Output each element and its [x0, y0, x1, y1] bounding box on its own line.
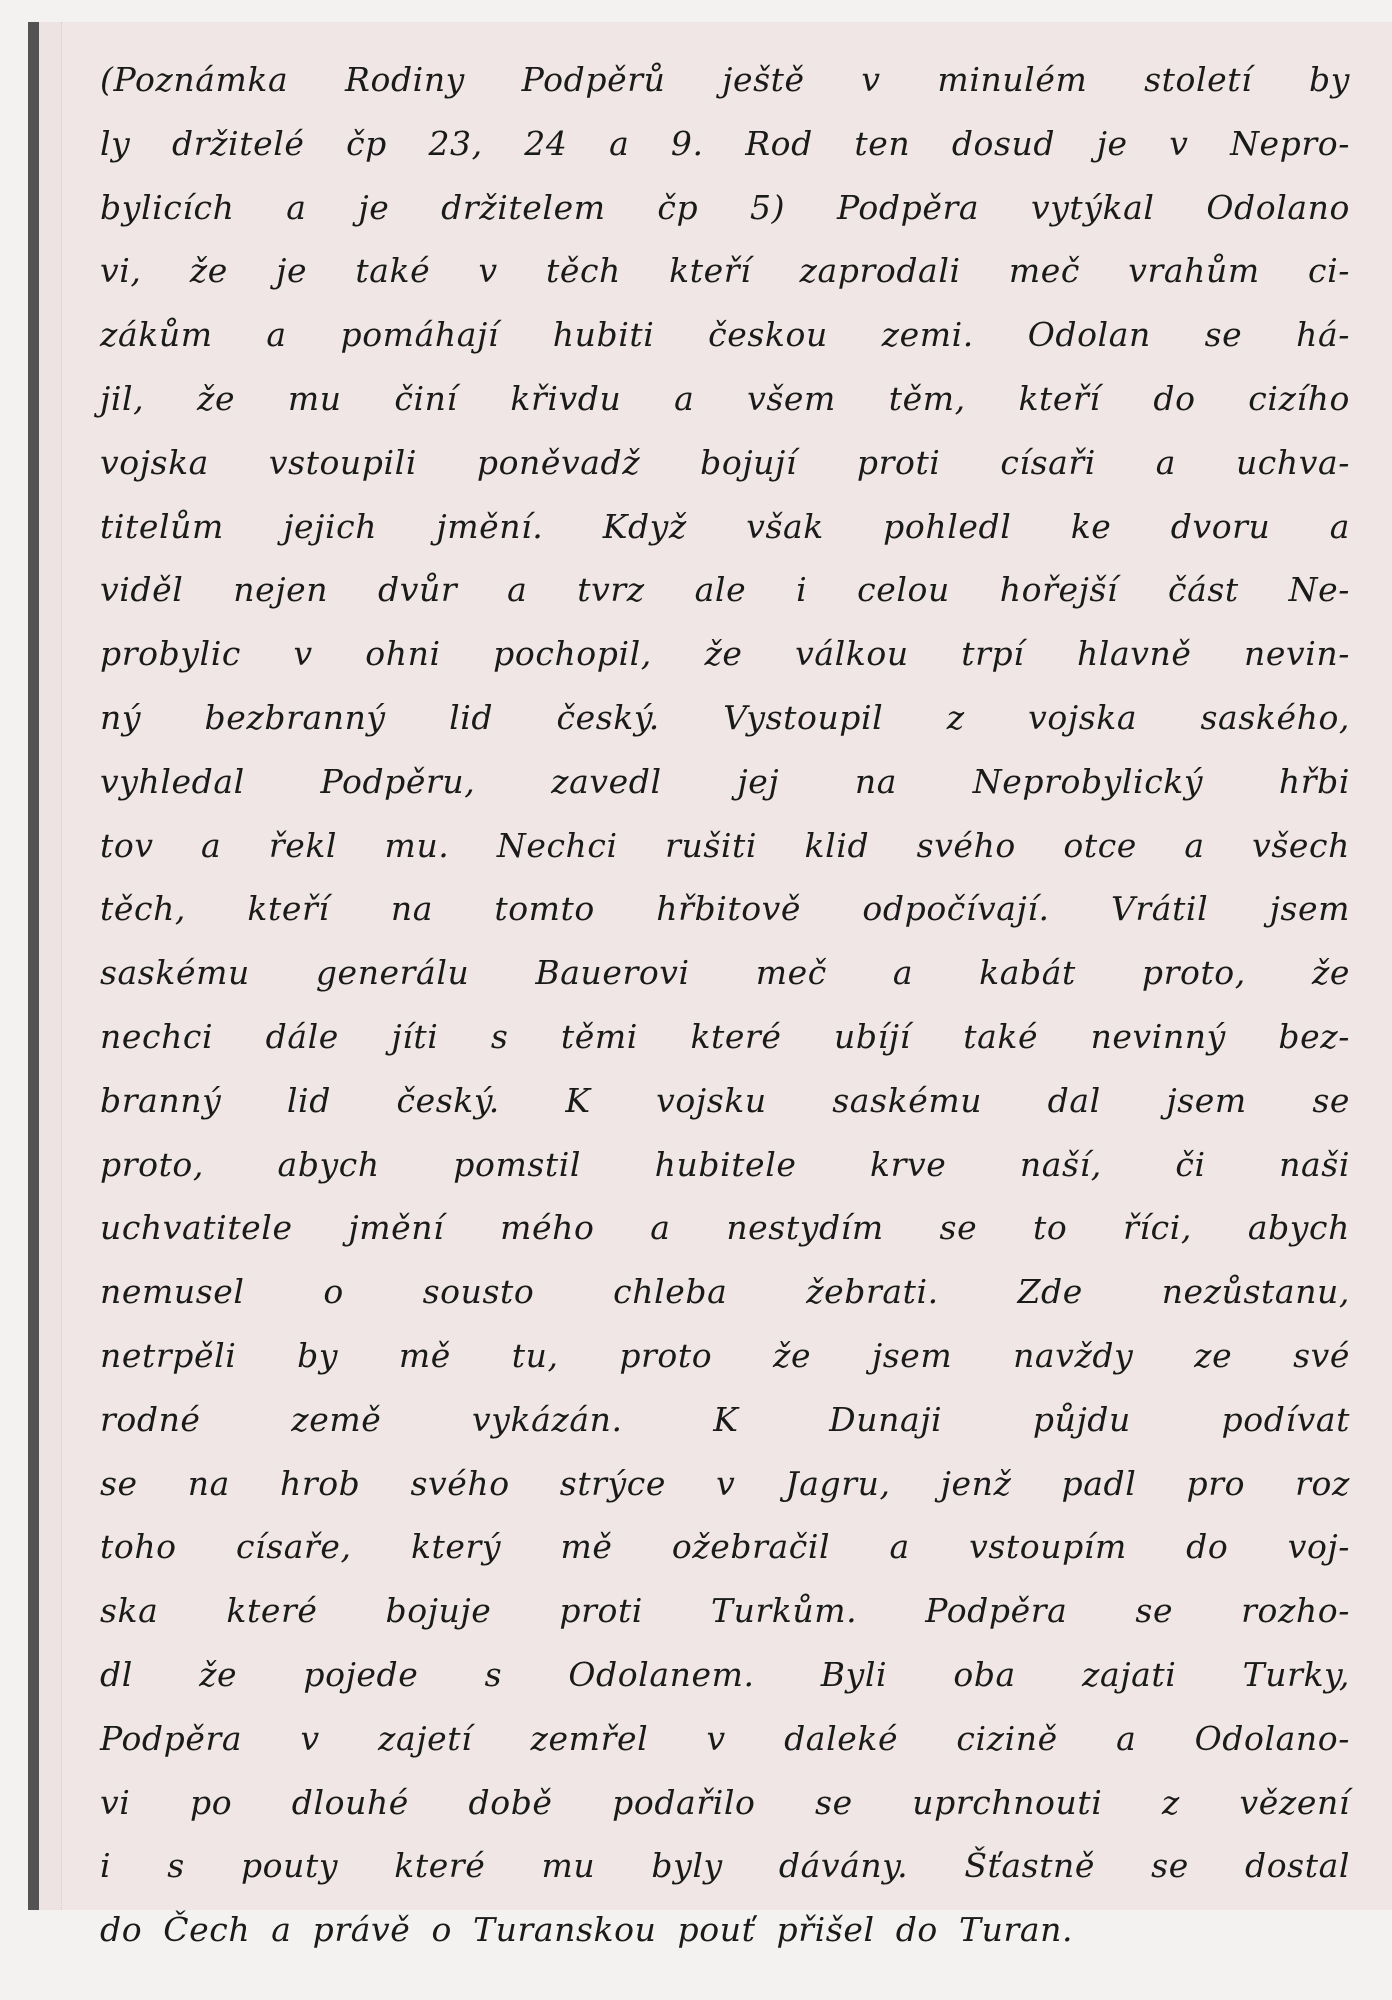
text-line: dl že pojede s Odolanem. Byli oba zajati…: [100, 1643, 1350, 1707]
text-line: zákům a pomáhají hubiti českou zemi. Odo…: [100, 303, 1350, 367]
left-margin-strip: [39, 22, 62, 1910]
text-line: do Čech a právě o Turanskou pouť přišel …: [100, 1898, 1350, 1962]
text-line: netrpěli by mě tu, proto že jsem navždy …: [100, 1324, 1350, 1388]
text-line: Podpěra v zajetí zemřel v daleké cizině …: [100, 1707, 1350, 1771]
text-line: ska které bojuje proti Turkům. Podpěra s…: [100, 1579, 1350, 1643]
text-line: bylicích a je držitelem čp 5) Podpěra vy…: [100, 176, 1350, 240]
text-line: titelům jejich jmění. Když však pohledl …: [100, 495, 1350, 559]
text-line: se na hrob svého strýce v Jagru, jenž pa…: [100, 1452, 1350, 1516]
text-line: vyhledal Podpěru, zavedl jej na Neprobyl…: [100, 750, 1350, 814]
text-line: vi po dlouhé době podařilo se uprchnouti…: [100, 1771, 1350, 1835]
text-line: proto, abych pomstil hubitele krve naší,…: [100, 1133, 1350, 1197]
text-line: ný bezbranný lid český. Vystoupil z vojs…: [100, 686, 1350, 750]
text-line: vi, že je také v těch kteří zaprodali me…: [100, 239, 1350, 303]
text-line: těch, kteří na tomto hřbitově odpočívají…: [100, 877, 1350, 941]
text-line: tov a řekl mu. Nechci rušiti klid svého …: [100, 814, 1350, 878]
text-line: jil, že mu činí křivdu a všem těm, kteří…: [100, 367, 1350, 431]
handwritten-text-block: (Poznámka Rodiny Podpěrů ještě v minulém…: [100, 48, 1350, 1962]
text-line: rodné země vykázán. K Dunaji půjdu podív…: [100, 1388, 1350, 1452]
text-line: nechci dále jíti s těmi které ubíjí také…: [100, 1005, 1350, 1069]
text-line: uchvatitele jmění mého a nestydím se to …: [100, 1196, 1350, 1260]
text-line: viděl nejen dvůr a tvrz ale i celou hoře…: [100, 558, 1350, 622]
page-binding-edge: [28, 22, 39, 1910]
text-line: ly držitelé čp 23, 24 a 9. Rod ten dosud…: [100, 112, 1350, 176]
text-line: (Poznámka Rodiny Podpěrů ještě v minulém…: [100, 48, 1350, 112]
text-line: toho císaře, který mě ožebračil a vstoup…: [100, 1515, 1350, 1579]
text-line: nemusel o sousto chleba žebrati. Zde nez…: [100, 1260, 1350, 1324]
text-line: vojska vstoupili poněvadž bojují proti c…: [100, 431, 1350, 495]
text-line: branný lid český. K vojsku saskému dal j…: [100, 1069, 1350, 1133]
text-line: probylic v ohni pochopil, že válkou trpí…: [100, 622, 1350, 686]
text-line: saskému generálu Bauerovi meč a kabát pr…: [100, 941, 1350, 1005]
text-line: i s pouty které mu byly dávány. Šťastně …: [100, 1834, 1350, 1898]
